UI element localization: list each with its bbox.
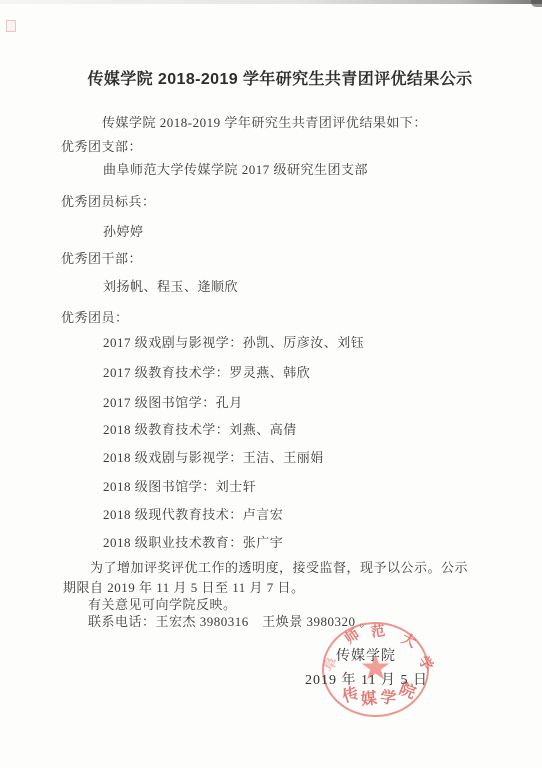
award-line: 2018 级图书馆学：刘士轩 bbox=[103, 476, 256, 495]
award-line: 2018 级现代教育技术：卢言宏 bbox=[103, 504, 283, 523]
section-header-excellent-branch: 优秀团支部： bbox=[61, 136, 142, 155]
award-line: 2017 级教育技术学：罗灵燕、韩欣 bbox=[103, 362, 310, 381]
scan-edge-artifact bbox=[0, 0, 542, 4]
scan-corner-artifact bbox=[531, 0, 542, 7]
doc-title: 传媒学院 2018-2019 学年研究生共青团评优结果公示 bbox=[0, 66, 542, 89]
scan-stain-mark bbox=[6, 20, 16, 32]
closing-line-1: 为了增加评奖评优工作的透明度，接受监督，现予以公示。公示 bbox=[90, 557, 468, 576]
award-line: 2017 级戏剧与影视学：孙凯、厉彦汝、刘钰 bbox=[103, 332, 364, 351]
award-line: 2018 级职业技术教育：张广宇 bbox=[103, 532, 283, 551]
signature-unit: 传媒学院 bbox=[336, 645, 396, 665]
excellent-branch-name: 曲阜师范大学传媒学院 2017 级研究生团支部 bbox=[103, 159, 368, 178]
section-header-model-member: 优秀团员标兵： bbox=[61, 191, 156, 210]
seal-bottom-char: 学 bbox=[379, 690, 397, 708]
award-line: 2018 级戏剧与影视学：王洁、王丽娟 bbox=[103, 447, 324, 466]
section-header-members: 优秀团员： bbox=[61, 307, 129, 326]
section-header-cadres: 优秀团干部： bbox=[61, 248, 142, 267]
model-member-name: 孙婷婷 bbox=[103, 221, 144, 240]
award-line: 2017 级图书馆学：孔月 bbox=[103, 392, 243, 411]
intro-line: 传媒学院 2018-2019 学年研究生共青团评优结果如下： bbox=[102, 112, 427, 131]
cadre-names: 刘扬帆、程玉、逄顺欣 bbox=[103, 276, 238, 295]
seal-arc-char: 范 bbox=[370, 623, 386, 639]
seal-bottom-char: 媒 bbox=[360, 691, 378, 709]
scanned-document-page: 传媒学院 2018-2019 学年研究生共青团评优结果公示 传媒学院 2018-… bbox=[0, 0, 542, 768]
award-line: 2018 级教育技术学：刘燕、高倩 bbox=[103, 419, 297, 438]
signature-date: 2019 年 11 月 5 日 bbox=[305, 669, 428, 689]
